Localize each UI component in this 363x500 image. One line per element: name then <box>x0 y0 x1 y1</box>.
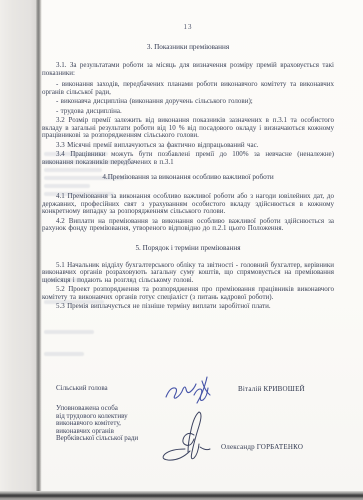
signature-scribble-blue <box>160 373 218 409</box>
signature-role: Сільський голова <box>56 385 108 393</box>
page-number: 13 <box>42 23 334 31</box>
paragraph: 3.1. За результатами роботи за місяць дл… <box>42 62 334 77</box>
bleed-through-mark <box>44 330 94 334</box>
scanner-edge-bar <box>0 491 363 500</box>
document-page: 13 3. Показники преміювання 3.1. За резу… <box>42 0 363 491</box>
bleed-through-mark <box>44 184 90 188</box>
bleed-through-mark <box>44 160 136 164</box>
signature-role: Уповноважена особа від трудового колекти… <box>56 405 138 443</box>
bleed-through-mark <box>44 300 104 304</box>
section-4-body: 4.1 Преміювання за виконання особливо ва… <box>42 193 334 233</box>
paragraph: - трудова дисципліна. <box>42 108 334 116</box>
paragraph: 3.3 Місячні премії виплачуються за факти… <box>42 142 334 150</box>
signature-name: Віталій КРИВОШЕЙ <box>238 385 305 393</box>
signature-name: Олександр ГОРБАТЕНКО <box>221 443 303 451</box>
bleed-through-mark <box>44 278 82 282</box>
bleed-through-mark <box>44 152 108 156</box>
signature-scribble-dark <box>154 409 216 469</box>
paragraph: 5.3 Премія виплачується не пізніше термі… <box>42 303 334 311</box>
paragraph: 5.2 Проект розпорядження та розпорядженн… <box>42 286 334 301</box>
bleed-through-mark <box>44 176 124 180</box>
paragraph: - виконавча дисципліна (виконання доруче… <box>42 98 334 106</box>
scan-background-left <box>0 0 37 494</box>
paragraph: 3.2 Розмір премії залежить від виконання… <box>42 117 334 140</box>
bleed-through-mark <box>44 168 102 172</box>
section-heading-5: 5. Порядок і терміни преміювання <box>42 244 334 252</box>
section-heading-3: 3. Показники преміювання <box>42 43 334 51</box>
bleed-through-mark <box>44 192 114 196</box>
scanned-document: 13 3. Показники преміювання 3.1. За резу… <box>0 0 363 500</box>
signature-role-line: Вербківської сільської ради <box>56 435 138 443</box>
paragraph: 5.1 Начальник відділу бухгалтерського об… <box>42 262 334 285</box>
paragraph: 4.1 Преміювання за виконання особливо ва… <box>42 193 334 216</box>
signature-block: Сільський голова Віталій КРИВОШЕЙ Уповно… <box>42 381 363 481</box>
bleed-through-mark <box>44 352 84 356</box>
section-3-body: 3.1. За результатами роботи за місяць дл… <box>42 62 334 166</box>
paragraph: - виконання заходів, передбачених планам… <box>42 81 334 96</box>
text-column: 13 3. Показники преміювання 3.1. За резу… <box>42 0 334 313</box>
paragraph: 4.2 Виплати на преміювання за виконання … <box>42 218 334 233</box>
